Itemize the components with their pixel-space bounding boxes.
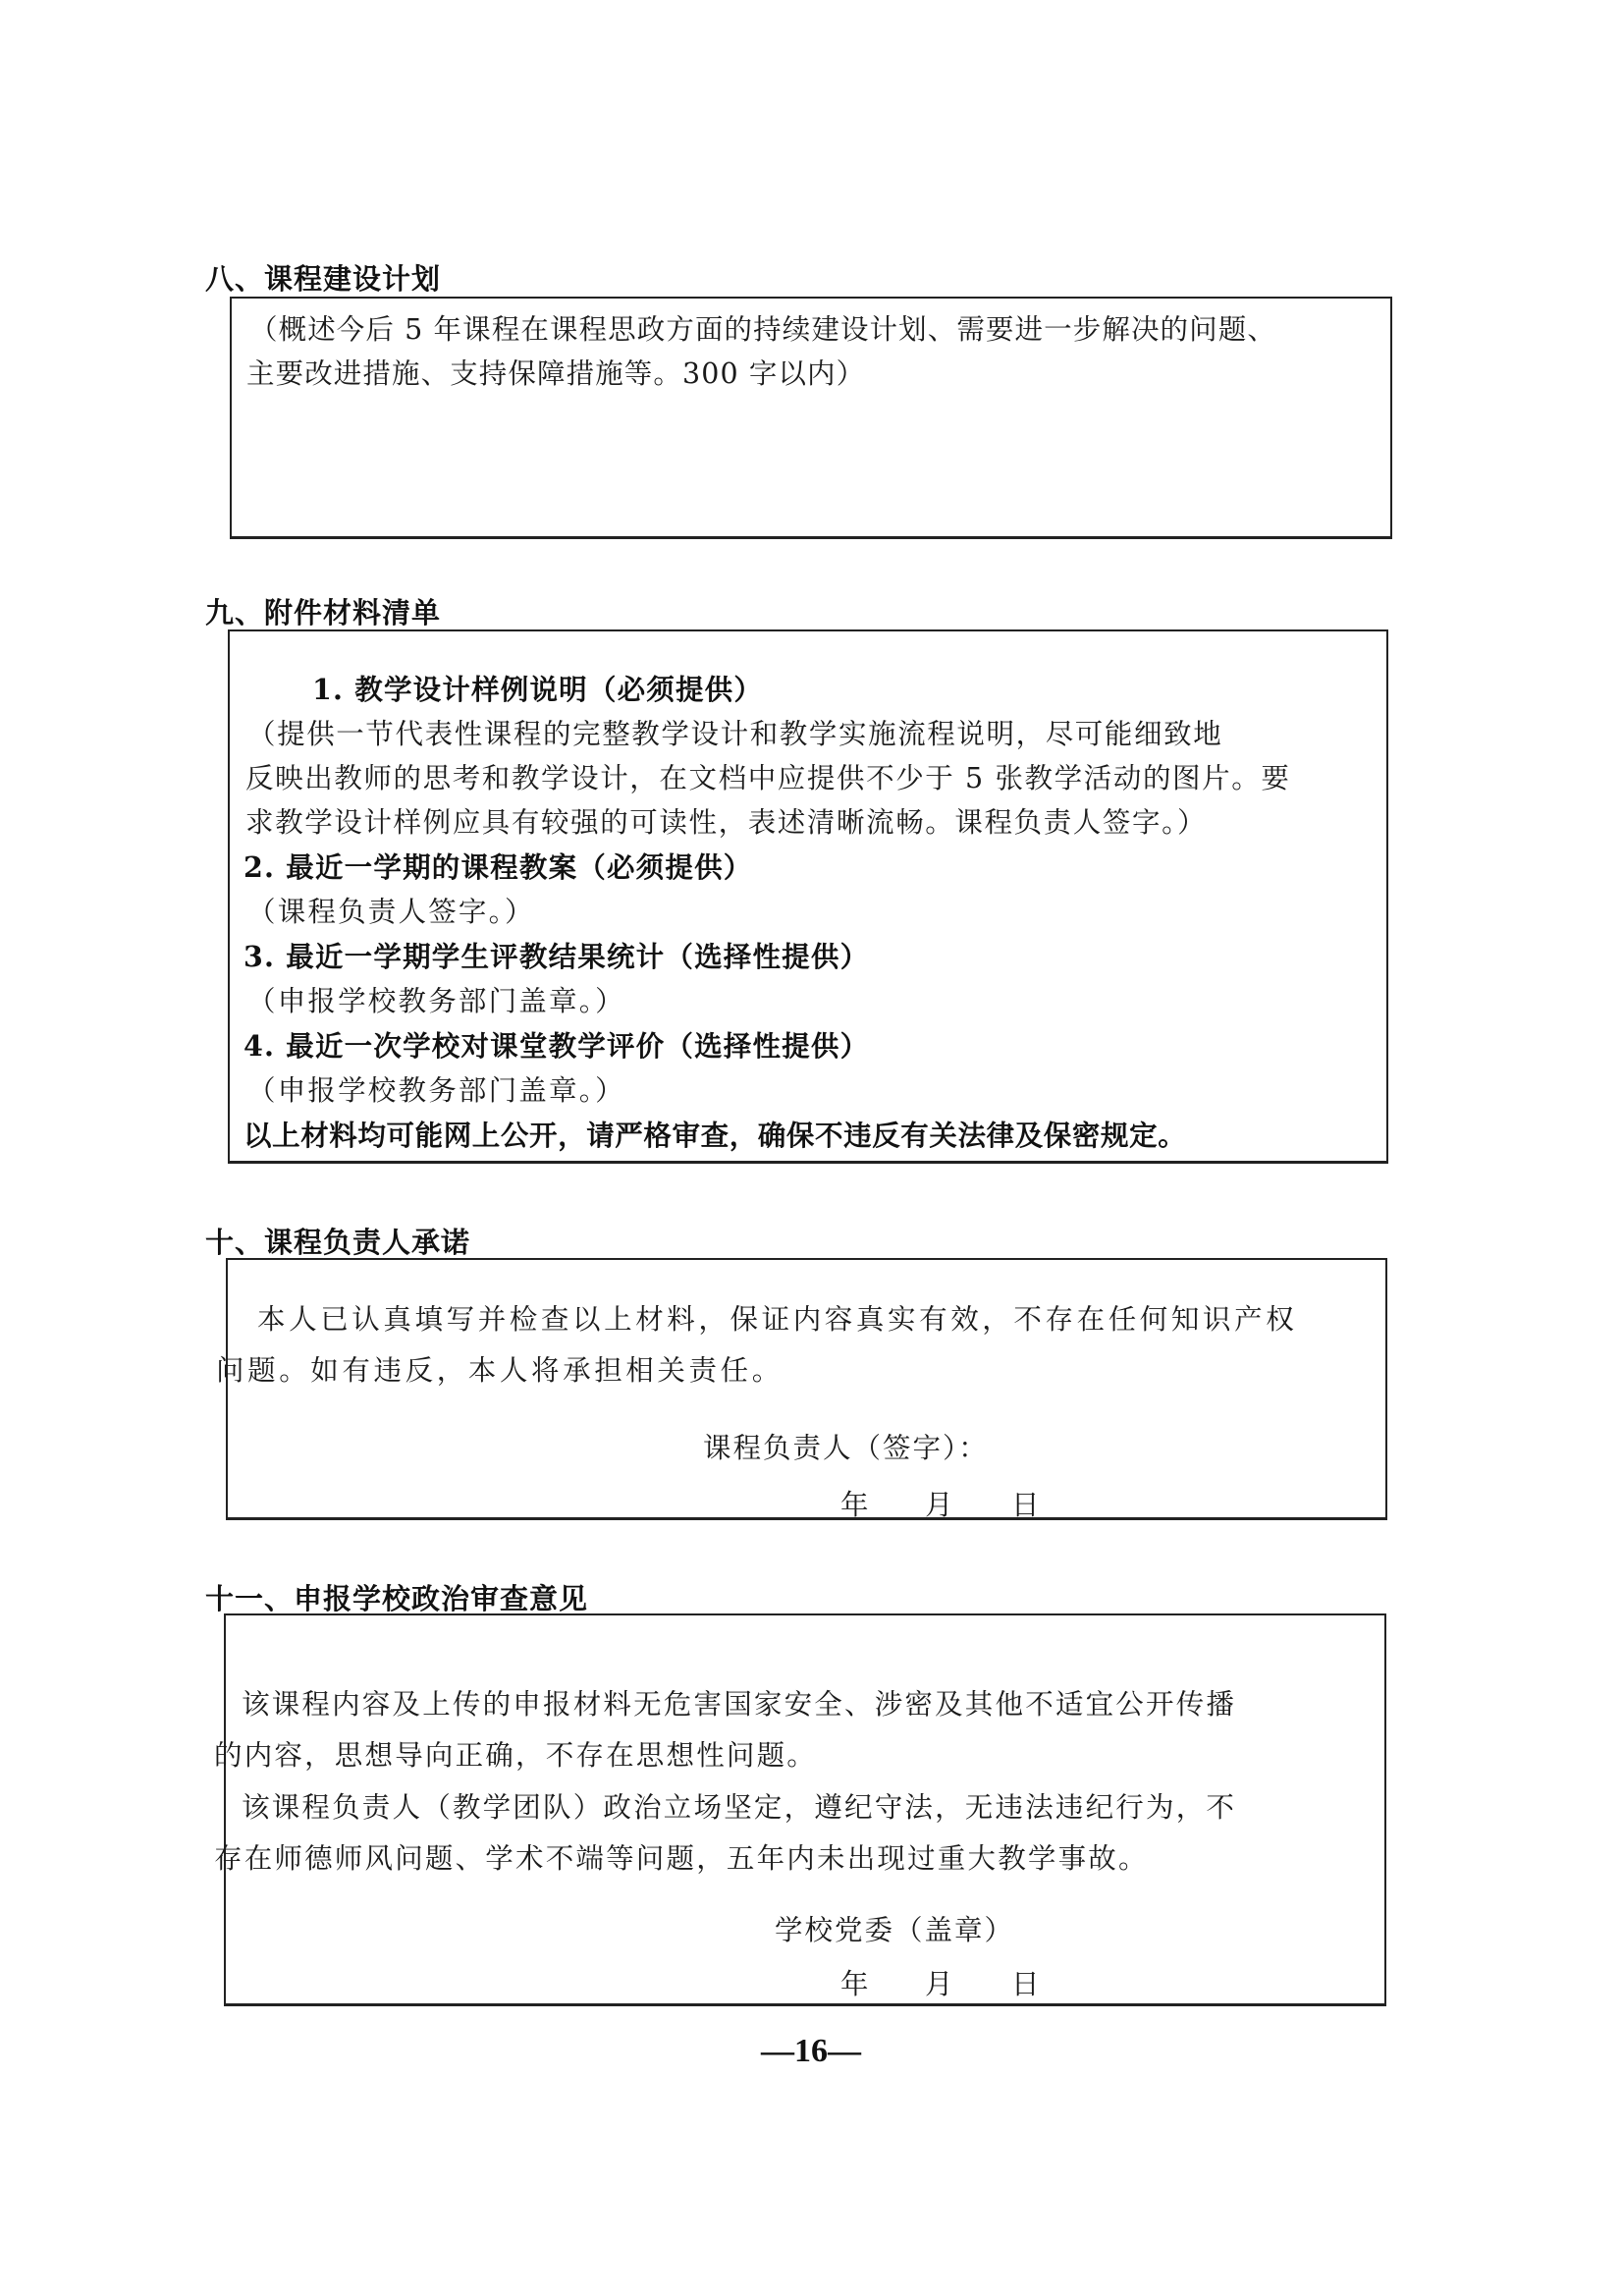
pledge-date-day: 日	[1011, 1483, 1042, 1523]
section-8-text-line: （概述今后 5 年课程在课程思政方面的持续建设计划、需要进一步解决的问题、	[249, 307, 1276, 348]
review-signature-label: 学校党委（盖章）	[775, 1908, 1014, 1948]
section-8-text-line: 主要改进措施、支持保障措施等。300 字以内）	[246, 352, 865, 392]
attachment-item-heading: 1. 教学设计样例说明（必须提供）	[312, 668, 763, 708]
attachment-item-note: （提供一节代表性课程的完整教学设计和教学实施流程说明，尽可能细致地	[247, 712, 1222, 752]
attachment-item-note: 求教学设计样例应具有较强的可读性，表述清晰流畅。课程负责人签字。）	[245, 800, 1207, 841]
review-date-day: 日	[1011, 1962, 1042, 2002]
review-text-line: 该课程负责人（教学团队）政治立场坚定，遵纪守法，无违法违纪行为，不	[242, 1785, 1236, 1826]
review-date-month: 月	[925, 1962, 955, 2002]
pledge-date-year: 年	[840, 1483, 871, 1523]
attachment-item-note: 反映出教师的思考和教学设计，在文档中应提供不少于 5 张教学活动的图片。要	[245, 756, 1290, 796]
review-text-line: 该课程内容及上传的申报材料无危害国家安全、涉密及其他不适宜公开传播	[242, 1682, 1236, 1722]
page-number: —16—	[0, 2033, 1622, 2070]
attachment-item-heading: 3. 最近一学期学生评教结果统计（选择性提供）	[243, 935, 869, 975]
attachment-footer-notice: 以上材料均可能网上公开，请严格审查，确保不违反有关法律及保密规定。	[243, 1114, 1186, 1154]
review-date-year: 年	[840, 1962, 871, 2002]
pledge-signature-label: 课程负责人（签字）：	[703, 1426, 989, 1466]
attachment-item-heading: 4. 最近一次学校对课堂教学评价（选择性提供）	[243, 1024, 869, 1065]
pledge-date-month: 月	[925, 1483, 955, 1523]
section-8-title: 八、课程建设计划	[205, 257, 441, 298]
section-11-title: 十一、申报学校政治审查意见	[205, 1577, 588, 1617]
pledge-text-line: 本人已认真填写并检查以上材料，保证内容真实有效，不存在任何知识产权	[257, 1297, 1297, 1338]
pledge-text-line: 问题。如有违反，本人将承担相关责任。	[216, 1348, 784, 1389]
attachment-item-note: （申报学校教务部门盖章。）	[247, 1068, 625, 1109]
review-text-line: 的内容，思想导向正确，不存在思想性问题。	[214, 1733, 817, 1774]
section-9-title: 九、附件材料清单	[205, 591, 441, 631]
attachment-item-note: （课程负责人签字。）	[247, 890, 535, 930]
section-10-title: 十、课程负责人承诺	[205, 1221, 470, 1261]
attachment-item-note: （申报学校教务部门盖章。）	[247, 979, 625, 1019]
review-text-line: 存在师德师风问题、学术不端等问题，五年内未出现过重大教学事故。	[214, 1836, 1149, 1877]
attachment-item-heading: 2. 最近一学期的课程教案（必须提供）	[243, 846, 752, 886]
